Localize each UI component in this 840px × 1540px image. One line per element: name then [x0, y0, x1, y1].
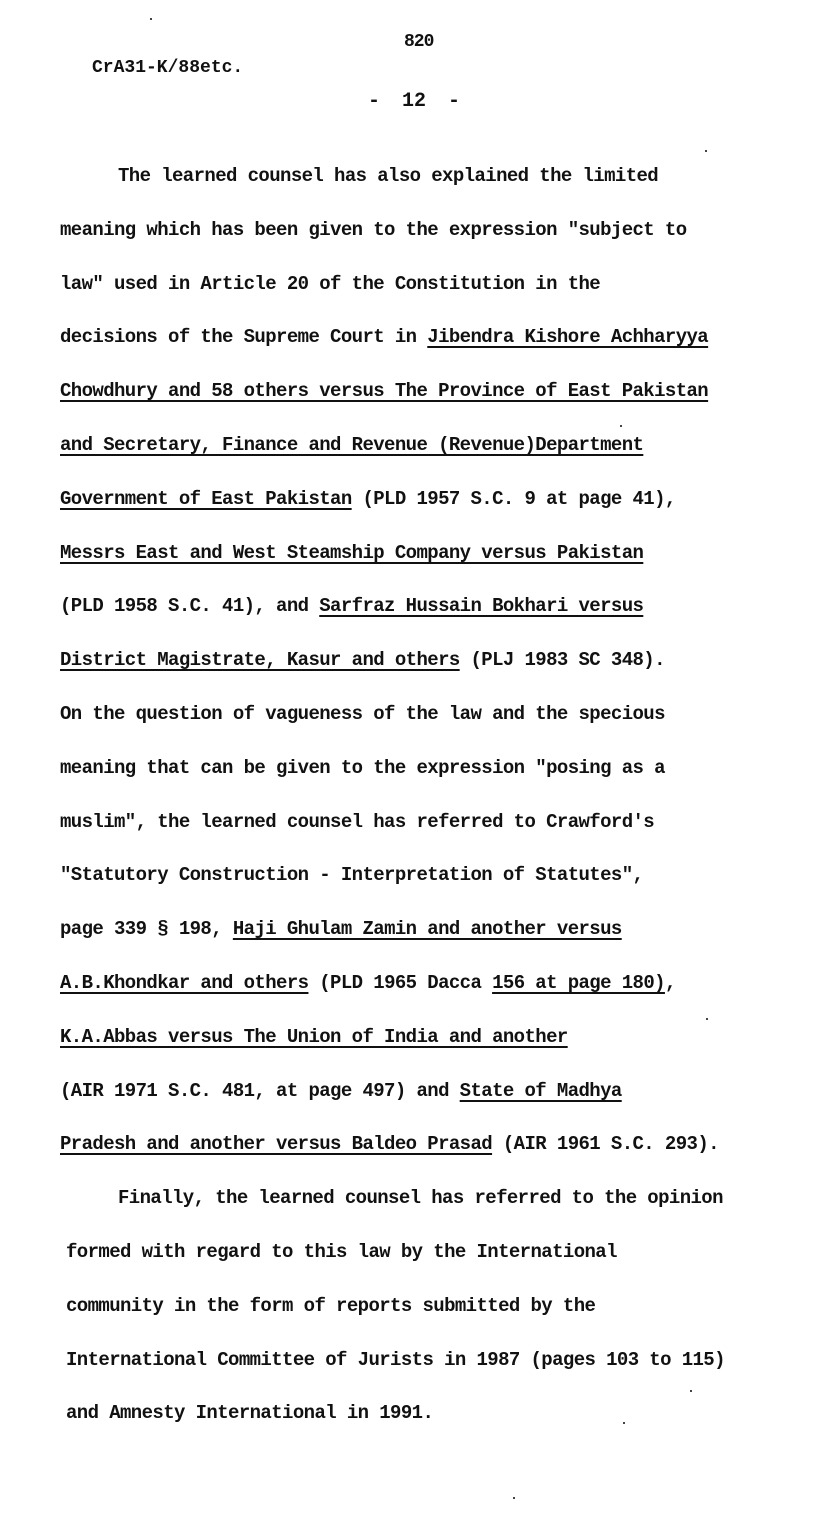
text-line: Government of East Pakistan (PLD 1957 S.…	[60, 473, 790, 527]
text-segment: (PLD 1957 S.C. 9 at page 41),	[352, 488, 676, 510]
case-citation: K.A.Abbas versus The Union of India and …	[60, 1026, 568, 1048]
text-line: formed with regard to this law by the In…	[60, 1226, 790, 1280]
text-line: and Secretary, Finance and Revenue (Reve…	[60, 419, 790, 473]
text-line: K.A.Abbas versus The Union of India and …	[60, 1011, 790, 1065]
text-line: Chowdhury and 58 others versus The Provi…	[60, 365, 790, 419]
text-segment: law" used in Article 20 of the Constitut…	[60, 273, 600, 295]
text-line: On the question of vagueness of the law …	[60, 688, 790, 742]
text-line: law" used in Article 20 of the Constitut…	[60, 258, 790, 312]
text-segment: muslim", the learned counsel has referre…	[60, 811, 654, 833]
text-segment: page 339 § 198,	[60, 918, 233, 940]
text-line: International Committee of Jurists in 19…	[60, 1334, 790, 1388]
scan-speck	[690, 1390, 692, 1392]
text-segment: ,	[665, 972, 676, 994]
text-line: muslim", the learned counsel has referre…	[60, 796, 790, 850]
page-number: 820	[404, 32, 433, 52]
text-segment: "Statutory Construction - Interpretation…	[60, 864, 643, 886]
text-segment: formed with regard to this law by the In…	[66, 1241, 617, 1263]
text-line: "Statutory Construction - Interpretation…	[60, 849, 790, 903]
case-citation: Chowdhury and 58 others versus The Provi…	[60, 380, 708, 402]
text-segment: (PLJ 1983 SC 348).	[460, 649, 665, 671]
scan-speck	[620, 425, 622, 427]
case-citation: Sarfraz Hussain Bokhari versus	[319, 595, 643, 617]
text-line: decisions of the Supreme Court in Jibend…	[60, 311, 790, 365]
case-reference: CrA31-K/88etc.	[92, 58, 243, 78]
text-segment: (PLD 1965 Dacca	[308, 972, 492, 994]
text-segment: (PLD 1958 S.C. 41), and	[60, 595, 319, 617]
document-body: The learned counsel has also explained t…	[60, 150, 790, 1441]
text-segment: Finally, the learned counsel has referre…	[118, 1187, 723, 1209]
case-citation: A.B.Khondkar and others	[60, 972, 308, 994]
text-line: Messrs East and West Steamship Company v…	[60, 527, 790, 581]
text-line: Finally, the learned counsel has referre…	[60, 1172, 790, 1226]
case-citation: Haji Ghulam Zamin and another versus	[233, 918, 622, 940]
text-line: (PLD 1958 S.C. 41), and Sarfraz Hussain …	[60, 580, 790, 634]
text-segment: The learned counsel has also explained t…	[118, 165, 658, 187]
case-citation: Messrs East and West Steamship Company v…	[60, 542, 643, 564]
text-segment: meaning that can be given to the express…	[60, 757, 665, 779]
text-segment: decisions of the Supreme Court in	[60, 326, 427, 348]
scan-speck	[705, 150, 707, 152]
case-citation: District Magistrate, Kasur and others	[60, 649, 460, 671]
case-citation: Pradesh and another versus Baldeo Prasad	[60, 1133, 492, 1155]
text-line: meaning which has been given to the expr…	[60, 204, 790, 258]
scan-speck	[150, 18, 152, 20]
case-citation: State of Madhya	[460, 1080, 622, 1102]
text-line: Pradesh and another versus Baldeo Prasad…	[60, 1118, 790, 1172]
text-segment: meaning which has been given to the expr…	[60, 219, 687, 241]
text-line: and Amnesty International in 1991.	[60, 1387, 790, 1441]
text-segment: and Amnesty International in 1991.	[66, 1402, 433, 1424]
text-segment: (AIR 1971 S.C. 481, at page 497) and	[60, 1080, 460, 1102]
text-line: page 339 § 198, Haji Ghulam Zamin and an…	[60, 903, 790, 957]
text-segment: (AIR 1961 S.C. 293).	[492, 1133, 719, 1155]
case-citation: and Secretary, Finance and Revenue (Reve…	[60, 434, 643, 456]
sheet-number: - 12 -	[368, 90, 460, 113]
case-citation: 156 at page 180)	[492, 972, 665, 994]
text-line: (AIR 1971 S.C. 481, at page 497) and Sta…	[60, 1065, 790, 1119]
scan-speck	[706, 1018, 708, 1020]
text-segment: community in the form of reports submitt…	[66, 1295, 595, 1317]
text-line: community in the form of reports submitt…	[60, 1280, 790, 1334]
case-citation: Jibendra Kishore Achharyya	[427, 326, 708, 348]
text-line: The learned counsel has also explained t…	[60, 150, 790, 204]
text-line: A.B.Khondkar and others (PLD 1965 Dacca …	[60, 957, 790, 1011]
text-line: meaning that can be given to the express…	[60, 742, 790, 796]
scan-speck	[513, 1497, 515, 1499]
text-segment: On the question of vagueness of the law …	[60, 703, 665, 725]
text-segment: International Committee of Jurists in 19…	[66, 1349, 725, 1371]
text-line: District Magistrate, Kasur and others (P…	[60, 634, 790, 688]
scan-speck	[623, 1422, 625, 1424]
case-citation: Government of East Pakistan	[60, 488, 352, 510]
document-page: 820 CrA31-K/88etc. - 12 - The learned co…	[0, 0, 840, 1540]
